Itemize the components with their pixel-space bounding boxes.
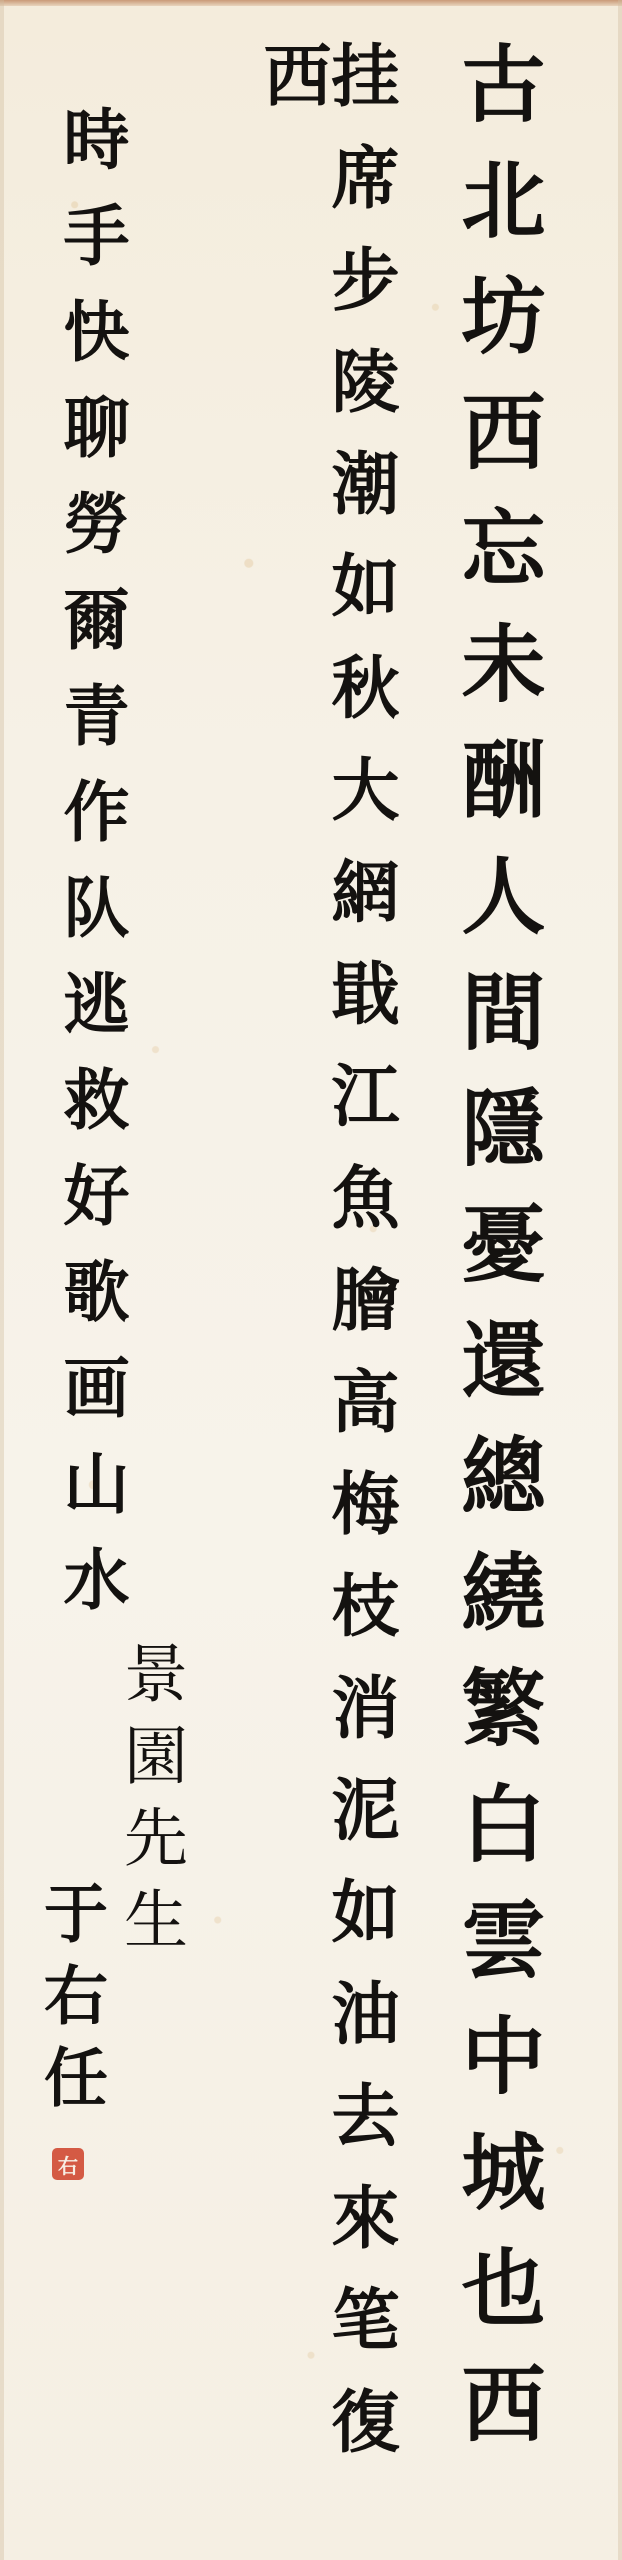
artist-signature: 于右任 [38, 1880, 102, 2126]
calligraphy-scroll: 古北坊西忘未酬人間隱憂還總繞繁白雲中城也西 挂席步陵潮如秋大網戢江魚膾高梅枝消泥… [0, 0, 622, 2560]
frame-right-edge [618, 0, 622, 2560]
dedication-inscription: 景園先生 [118, 1640, 182, 1968]
frame-top-edge [0, 0, 622, 6]
text-column-3: 時手快聊勞爾青作队逃救好歌画山水 [58, 105, 124, 1641]
frame-left-edge [0, 0, 4, 2560]
artist-seal-icon: 右 [52, 2148, 84, 2180]
text-column-1: 古北坊西忘未酬人間隱憂還總繞繁白雲中城也西 [455, 40, 539, 2476]
text-column-2: 挂席步陵潮如秋大網戢江魚膾高梅枝消泥如油去來笔復西 [258, 40, 394, 2560]
seal-glyph: 右 [58, 2150, 78, 2179]
